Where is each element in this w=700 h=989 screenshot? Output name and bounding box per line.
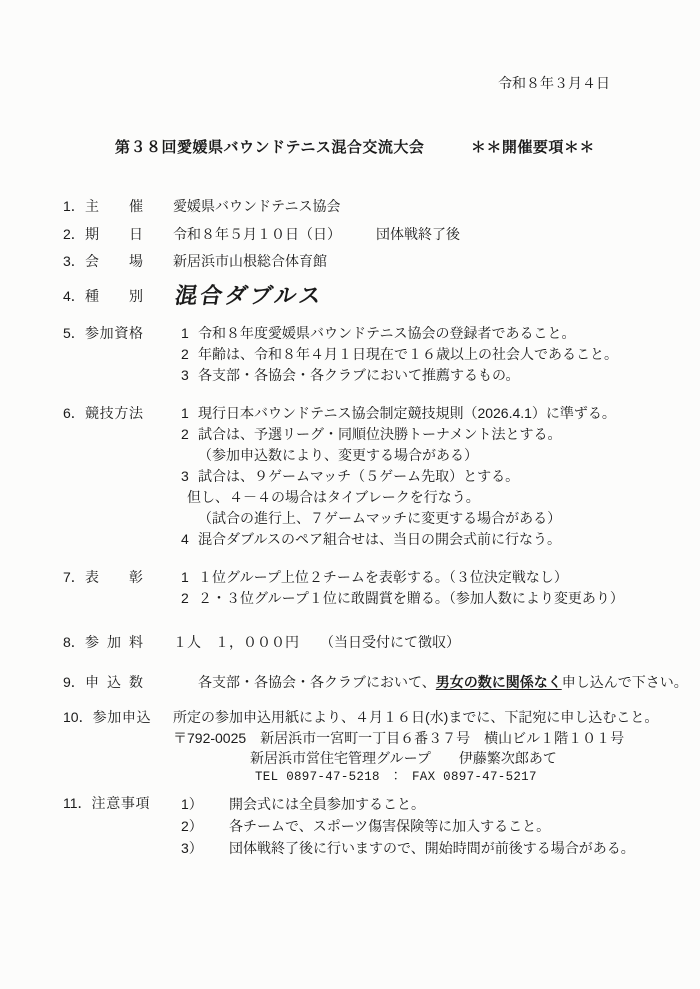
section-entry-count: 9． 申込数 各支部・各協会・各クラブにおいて、男女の数に関係なく申し込んで下さ… bbox=[63, 672, 700, 693]
section-number: 5． bbox=[63, 323, 85, 344]
section-number: 11． bbox=[63, 793, 92, 814]
entry-count-text: 申し込んで下さい。 bbox=[562, 674, 688, 690]
list-item: 3） 団体戦終了後に行いますので、開始時間が前後する場合がある。 bbox=[173, 837, 700, 859]
section-notes: 11． 注意事項 1） 開会式には全員参加すること。 2） 各チームで、スポーツ… bbox=[63, 793, 700, 859]
item-number: 1） bbox=[173, 793, 229, 815]
section-name: 主催 bbox=[85, 196, 143, 217]
section-eligibility: 5． 参加資格 1 令和８年度愛媛県バウンドテニス協会の登録者であること。 2 … bbox=[63, 323, 700, 386]
application-address: 〒792-0025 新居浜市一宮町一丁目６番３７号 横山ビル１階１０１号 bbox=[173, 728, 700, 748]
list-item: 1 １位グループ上位２チームを表彰する。（３位決定戦なし） bbox=[173, 567, 700, 588]
section-label: 5． 参加資格 bbox=[63, 323, 173, 386]
item-text: 令和８年度愛媛県バウンドテニス協会の登録者であること。 bbox=[198, 323, 700, 344]
application-recipient: 新居浜市営住宅管理グループ 伊藤繁次郎あて bbox=[173, 748, 700, 768]
section-number: 1． bbox=[63, 196, 85, 217]
list-item: 2） 各チームで、スポーツ傷害保険等に加入すること。 bbox=[173, 815, 700, 837]
section-content: 1 １位グループ上位２チームを表彰する。（３位決定戦なし） 2 ２・３位グループ… bbox=[173, 567, 700, 609]
section-name: 会場 bbox=[85, 251, 143, 272]
section-awards: 7． 表彰 1 １位グループ上位２チームを表彰する。（３位決定戦なし） 2 ２・… bbox=[63, 567, 700, 609]
list-item-note: （試合の進行上、７ゲームマッチに変更する場合がある） bbox=[173, 508, 700, 529]
item-number: 2 bbox=[173, 344, 198, 365]
section-name: 競技方法 bbox=[85, 403, 143, 424]
section-number: 4． bbox=[63, 286, 85, 307]
item-text: 各支部・各協会・各クラブにおいて推薦するもの。 bbox=[198, 365, 700, 386]
section-name: 申込数 bbox=[85, 672, 143, 693]
section-label: 1． 主催 bbox=[63, 196, 173, 217]
section-name: 期日 bbox=[85, 224, 143, 245]
item-text: ２・３位グループ１位に敢闘賞を贈る。（参加人数により変更あり） bbox=[198, 588, 700, 609]
entry-count-emphasis: 男女の数に関係なく bbox=[436, 674, 562, 690]
section-label: 8． 参加料 bbox=[63, 632, 173, 653]
category-value: 混合ダブルス bbox=[173, 282, 326, 310]
item-number: 3 bbox=[173, 365, 198, 386]
section-label: 11． 注意事項 bbox=[63, 793, 173, 859]
item-text: １位グループ上位２チームを表彰する。（３位決定戦なし） bbox=[198, 567, 700, 588]
section-name: 種別 bbox=[85, 286, 143, 307]
section-number: 3． bbox=[63, 251, 85, 272]
application-instruction: 所定の参加申込用紙により、４月１６日(水)までに、下記宛に申し込むこと。 bbox=[173, 707, 700, 728]
list-item: 3 試合は、９ゲームマッチ（５ゲーム先取）とする。 bbox=[173, 466, 700, 487]
section-category: 4． 種別 混合ダブルス bbox=[63, 282, 700, 310]
section-content: 愛媛県バウンドテニス協会 bbox=[173, 196, 700, 217]
section-date: 2． 期日 令和８年５月１０日（日） 団体戦終了後 bbox=[63, 224, 700, 245]
item-number: 1 bbox=[173, 567, 198, 588]
section-name: 表彰 bbox=[85, 567, 143, 588]
list-item-note: （参加申込数により、変更する場合がある） bbox=[173, 445, 700, 466]
section-label: 7． 表彰 bbox=[63, 567, 173, 609]
section-label: 4． 種別 bbox=[63, 286, 173, 310]
item-text: 各チームで、スポーツ傷害保険等に加入すること。 bbox=[229, 815, 700, 837]
section-label: 6． 競技方法 bbox=[63, 403, 173, 550]
item-number: 2） bbox=[173, 815, 229, 837]
section-number: 6． bbox=[63, 403, 85, 424]
list-item: 3 各支部・各協会・各クラブにおいて推薦するもの。 bbox=[173, 365, 700, 386]
item-text: 混合ダブルスのペア組合せは、当日の開会式前に行なう。 bbox=[198, 529, 700, 550]
list-item: 2 試合は、予選リーグ・同順位決勝トーナメント法とする。 bbox=[173, 424, 700, 445]
list-item: 4 混合ダブルスのペア組合せは、当日の開会式前に行なう。 bbox=[173, 529, 700, 550]
section-number: 2． bbox=[63, 224, 85, 245]
document-date: 令和８年３月４日 bbox=[63, 73, 700, 94]
section-content: １人 １，０００円 （当日受付にて徴収） bbox=[173, 632, 700, 653]
item-number: 3） bbox=[173, 837, 229, 859]
item-number: 1 bbox=[173, 403, 198, 424]
item-number: 1 bbox=[173, 323, 198, 344]
section-label: 9． 申込数 bbox=[63, 672, 173, 693]
section-content: 1 現行日本バウンドテニス協会制定競技規則（2026.4.1）に準ずる。 2 試… bbox=[173, 403, 700, 550]
section-fee: 8． 参加料 １人 １，０００円 （当日受付にて徴収） bbox=[63, 632, 700, 653]
list-item: 2 ２・３位グループ１位に敢闘賞を贈る。（参加人数により変更あり） bbox=[173, 588, 700, 609]
document-page: 令和８年３月４日 第３８回愛媛県バウンドテニス混合交流大会 ＊＊開催要項＊＊ 1… bbox=[0, 0, 700, 989]
application-tel-fax: TEL 0897-47-5218 ： FAX 0897-47-5217 bbox=[173, 768, 700, 787]
item-number: 3 bbox=[173, 466, 198, 487]
list-item: 1 現行日本バウンドテニス協会制定競技規則（2026.4.1）に準ずる。 bbox=[173, 403, 700, 424]
entry-count-text: 各支部・各協会・各クラブにおいて、 bbox=[198, 674, 436, 690]
item-text: 年齢は、令和８年４月１日現在で１６歳以上の社会人であること。 bbox=[198, 344, 700, 365]
section-content: 各支部・各協会・各クラブにおいて、男女の数に関係なく申し込んで下さい。 bbox=[173, 672, 700, 693]
section-content: 新居浜市山根総合体育館 bbox=[173, 251, 700, 272]
item-text: 開会式には全員参加すること。 bbox=[229, 793, 700, 815]
item-text: 試合は、９ゲームマッチ（５ゲーム先取）とする。 bbox=[198, 466, 700, 487]
item-number: 4 bbox=[173, 529, 198, 550]
list-item: 2 年齢は、令和８年４月１日現在で１６歳以上の社会人であること。 bbox=[173, 344, 700, 365]
section-number: 8． bbox=[63, 632, 85, 653]
section-application: 10． 参加申込 所定の参加申込用紙により、４月１６日(水)までに、下記宛に申し… bbox=[63, 707, 700, 787]
section-name: 参加資格 bbox=[85, 323, 143, 344]
section-label: 2． 期日 bbox=[63, 224, 173, 245]
section-content: 令和８年５月１０日（日） 団体戦終了後 bbox=[173, 224, 700, 245]
item-text: 団体戦終了後に行いますので、開始時間が前後する場合がある。 bbox=[229, 837, 700, 859]
item-text: 現行日本バウンドテニス協会制定競技規則（2026.4.1）に準ずる。 bbox=[198, 403, 700, 424]
section-number: 9． bbox=[63, 672, 85, 693]
list-item: 1 令和８年度愛媛県バウンドテニス協会の登録者であること。 bbox=[173, 323, 700, 344]
section-name: 注意事項 bbox=[92, 793, 150, 814]
section-label: 3． 会場 bbox=[63, 251, 173, 272]
section-name: 参加料 bbox=[85, 632, 143, 653]
section-number: 10． bbox=[63, 707, 93, 728]
section-rules: 6． 競技方法 1 現行日本バウンドテニス協会制定競技規則（2026.4.1）に… bbox=[63, 403, 700, 550]
section-number: 7． bbox=[63, 567, 85, 588]
section-organizer: 1． 主催 愛媛県バウンドテニス協会 bbox=[63, 196, 700, 217]
section-venue: 3． 会場 新居浜市山根総合体育館 bbox=[63, 251, 700, 272]
item-number: 2 bbox=[173, 424, 198, 445]
section-content: 所定の参加申込用紙により、４月１６日(水)までに、下記宛に申し込むこと。 〒79… bbox=[173, 707, 700, 787]
section-content: 1 令和８年度愛媛県バウンドテニス協会の登録者であること。 2 年齢は、令和８年… bbox=[173, 323, 700, 386]
section-name: 参加申込 bbox=[93, 707, 151, 728]
section-label: 10． 参加申込 bbox=[63, 707, 173, 787]
list-item-note: 但し、４－４の場合はタイブレークを行なう。 bbox=[173, 487, 700, 508]
list-item: 1） 開会式には全員参加すること。 bbox=[173, 793, 700, 815]
section-content: 1） 開会式には全員参加すること。 2） 各チームで、スポーツ傷害保険等に加入す… bbox=[173, 793, 700, 859]
document-title: 第３８回愛媛県バウンドテニス混合交流大会 ＊＊開催要項＊＊ bbox=[115, 137, 700, 158]
item-number: 2 bbox=[173, 588, 198, 609]
item-text: 試合は、予選リーグ・同順位決勝トーナメント法とする。 bbox=[198, 424, 700, 445]
